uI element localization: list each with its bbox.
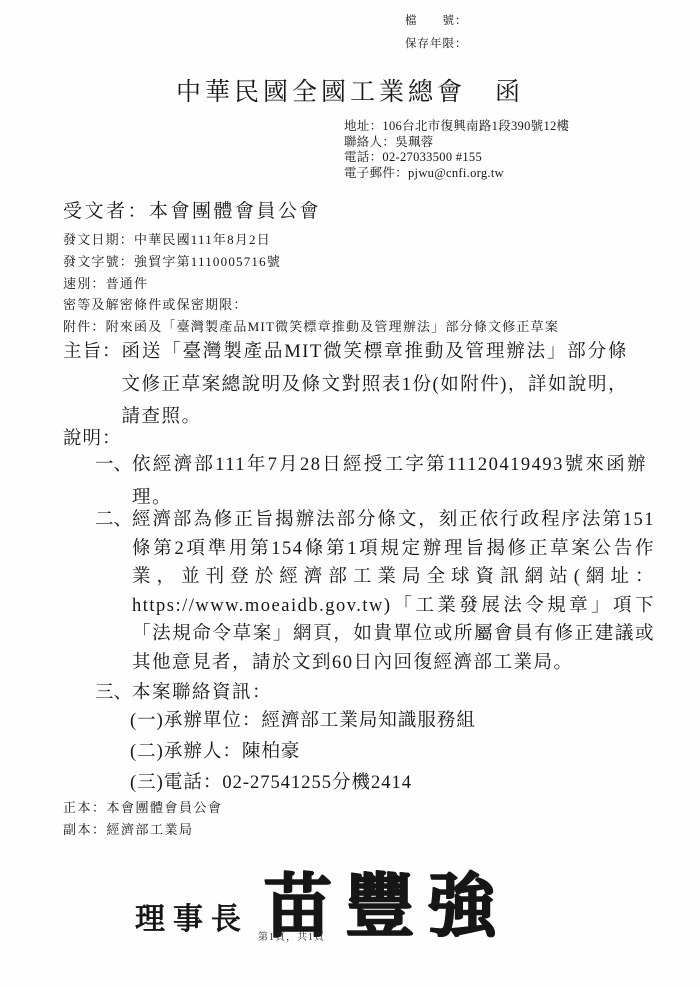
- attachment-line: 附件：附來函及「臺灣製產品MIT微笑標章推動及管理辦法」部分條文修正草案: [63, 316, 559, 338]
- subject-label: 主旨：: [63, 336, 122, 434]
- subitem-phone: (三)電話：02-27541255分機2414: [130, 768, 476, 799]
- sender-info: 地址：106台北市復興南路1段390號12樓 聯絡人：吳珮蓉 電話：02-270…: [344, 119, 569, 181]
- description-label: 說明：: [63, 424, 122, 450]
- page-footer: 第1頁，共1頁: [258, 928, 325, 943]
- meta-fields: 發文日期：中華民國111年8月2日 發文字號：強貿字第1110005716號 速…: [63, 229, 559, 338]
- subitem-unit: (一)承辦單位：經濟部工業局知識服務組: [130, 706, 476, 737]
- document-page: 檔 號： 保存年限： 中華民國全國工業總會 函 地址：106台北市復興南路1段3…: [0, 0, 700, 988]
- signature-title: 理事長: [135, 894, 249, 938]
- subject-text: 函送「臺灣製產品MIT微笑標章推動及管理辦法」部分條文修正草案總說明及條文對照表…: [122, 336, 628, 434]
- sender-email: 電子郵件：pjwu@cnfi.org.tw: [344, 166, 569, 182]
- sender-contact: 聯絡人：吳珮蓉: [344, 135, 569, 151]
- doc-date-line: 發文日期：中華民國111年8月2日: [63, 229, 559, 251]
- description-item-3: 三、 本案聯絡資訊：: [95, 678, 655, 709]
- description-item-2: 二、 經濟部為修正旨揭辦法部分條文，刻正依行政程序法第151條第2項準用第154…: [95, 506, 655, 678]
- copy-original: 正本：本會團體會員公會: [63, 797, 223, 819]
- file-number-label: 檔 號：: [405, 10, 468, 33]
- retention-label: 保存年限：: [405, 33, 468, 56]
- sender-phone: 電話：02-27033500 #155: [344, 150, 569, 166]
- doc-number-line: 發文字號：強貿字第1110005716號: [63, 251, 559, 273]
- speed-line: 速別：普通件: [63, 273, 559, 295]
- contact-subitems: (一)承辦單位：經濟部工業局知識服務組 (二)承辦人：陳柏豪 (三)電話：02-…: [130, 706, 476, 800]
- subitem-person: (二)承辦人：陳柏豪: [130, 737, 476, 768]
- document-title: 中華民國全國工業總會 函: [0, 72, 700, 108]
- file-header: 檔 號： 保存年限：: [405, 10, 468, 56]
- item-number: 三、: [95, 678, 132, 709]
- sender-address: 地址：106台北市復興南路1段390號12樓: [344, 119, 569, 135]
- copy-cc: 副本：經濟部工業局: [63, 819, 223, 841]
- item-number: 二、: [95, 506, 132, 678]
- copies-block: 正本：本會團體會員公會 副本：經濟部工業局: [63, 797, 223, 841]
- recipient-line: 受文者：本會團體會員公會: [63, 196, 321, 223]
- item-text: 本案聯絡資訊：: [132, 678, 655, 709]
- subject-section: 主旨： 函送「臺灣製產品MIT微笑標章推動及管理辦法」部分條文修正草案總說明及條…: [63, 336, 628, 434]
- item-text: 經濟部為修正旨揭辦法部分條文，刻正依行政程序法第151條第2項準用第154條第1…: [132, 506, 655, 678]
- security-line: 密等及解密條件或保密期限：: [63, 294, 559, 316]
